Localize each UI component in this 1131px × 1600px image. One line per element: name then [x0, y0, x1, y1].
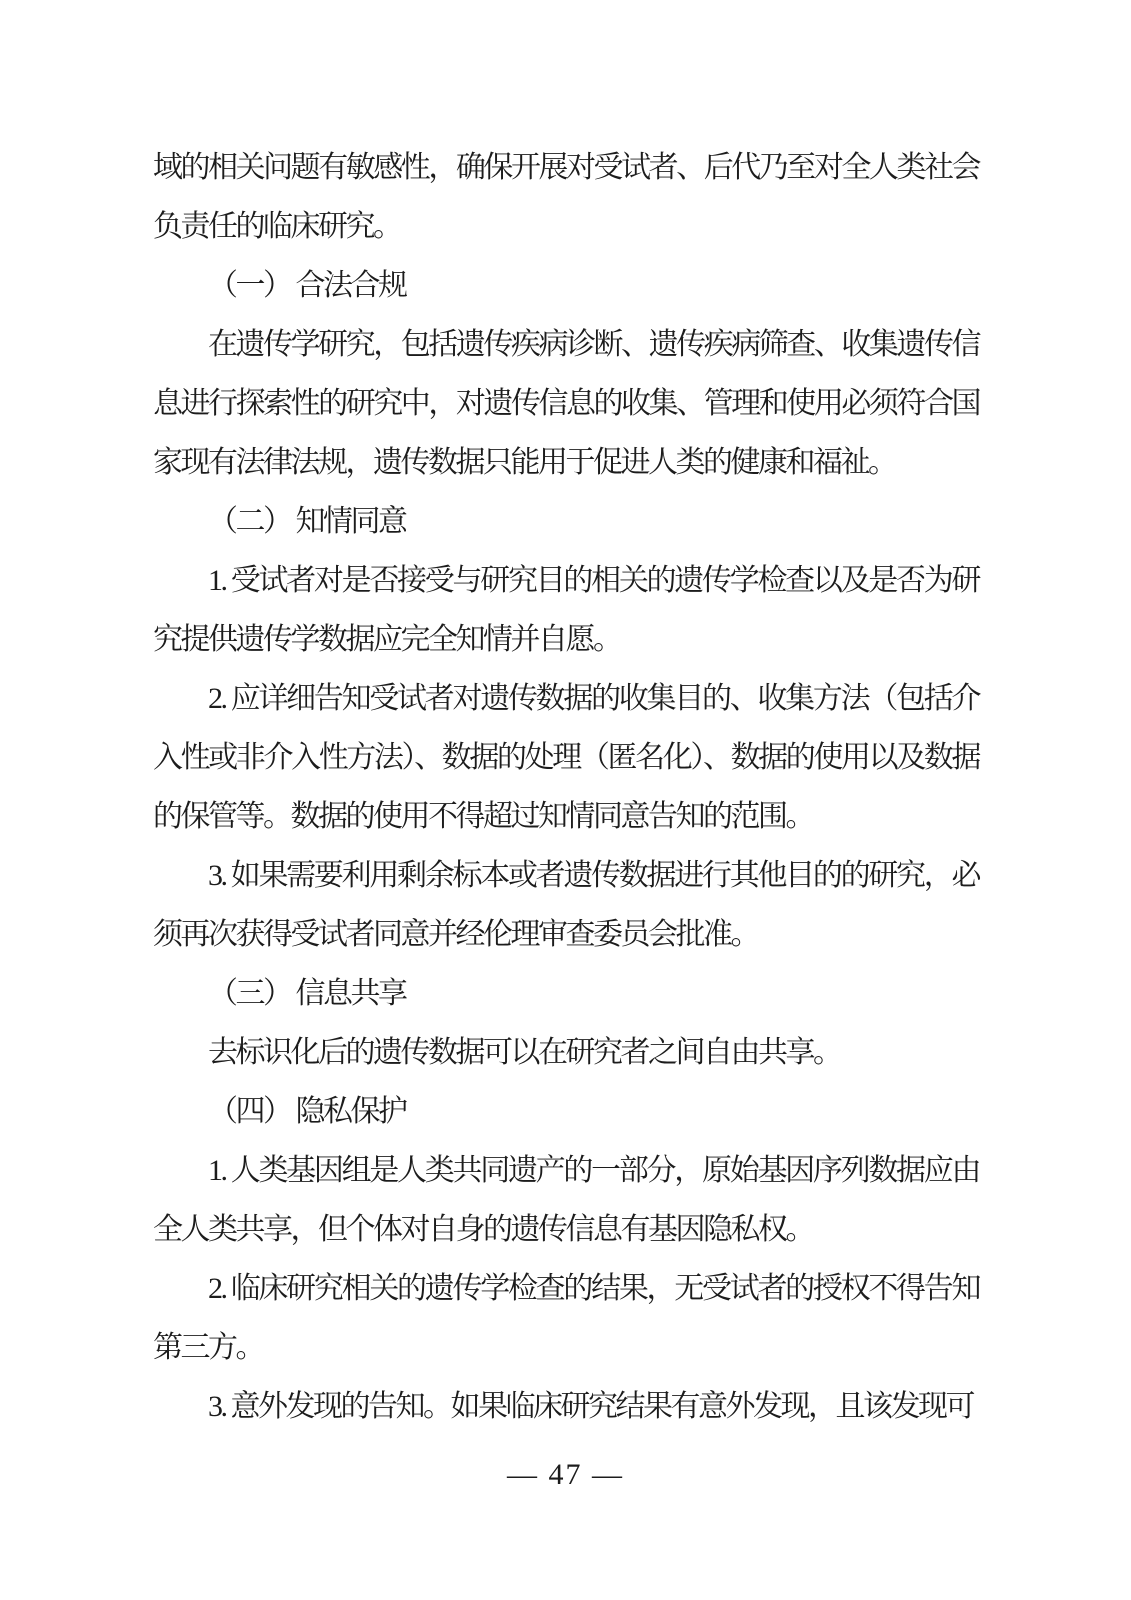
body-paragraph: 2. 临床研究相关的遗传学检查的结果，无受试者的授权不得告知第三方。 — [153, 1259, 979, 1377]
section-heading: （三） 信息共享 — [153, 964, 979, 1023]
body-paragraph: 域的相关问题有敏感性，确保开展对受试者、后代乃至对全人类社会负责任的临床研究。 — [153, 138, 979, 256]
page-number-footer: — 47 — — [0, 1458, 1131, 1492]
body-paragraph: 1. 人类基因组是人类共同遗产的一部分，原始基因序列数据应由全人类共享，但个体对… — [153, 1141, 979, 1259]
body-paragraph: 1. 受试者对是否接受与研究目的相关的遗传学检查以及是否为研究提供遗传学数据应完… — [153, 551, 979, 669]
section-heading: （一） 合法合规 — [153, 256, 979, 315]
section-heading: （二） 知情同意 — [153, 492, 979, 551]
body-paragraph: 3. 意外发现的告知。如果临床研究结果有意外发现，且该发现可 — [153, 1377, 979, 1436]
page-body: 域的相关问题有敏感性，确保开展对受试者、后代乃至对全人类社会负责任的临床研究。 … — [153, 138, 979, 1436]
section-heading: （四） 隐私保护 — [153, 1082, 979, 1141]
document-page: 域的相关问题有敏感性，确保开展对受试者、后代乃至对全人类社会负责任的临床研究。 … — [0, 0, 1131, 1600]
body-paragraph: 在遗传学研究，包括遗传疾病诊断、遗传疾病筛查、收集遗传信息进行探索性的研究中，对… — [153, 315, 979, 492]
body-paragraph: 去标识化后的遗传数据可以在研究者之间自由共享。 — [153, 1023, 979, 1082]
body-paragraph: 3. 如果需要利用剩余标本或者遗传数据进行其他目的的研究，必须再次获得受试者同意… — [153, 846, 979, 964]
body-paragraph: 2. 应详细告知受试者对遗传数据的收集目的、收集方法（包括介入性或非介入性方法）… — [153, 669, 979, 846]
